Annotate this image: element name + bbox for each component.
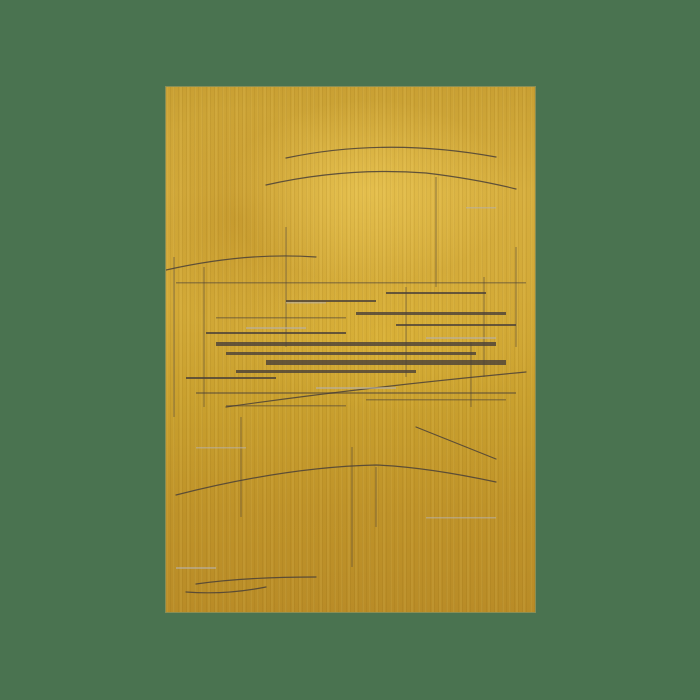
rug-distress-pattern (166, 87, 535, 612)
gold-abstract-rug (166, 87, 535, 612)
product-photo-background (0, 0, 700, 700)
